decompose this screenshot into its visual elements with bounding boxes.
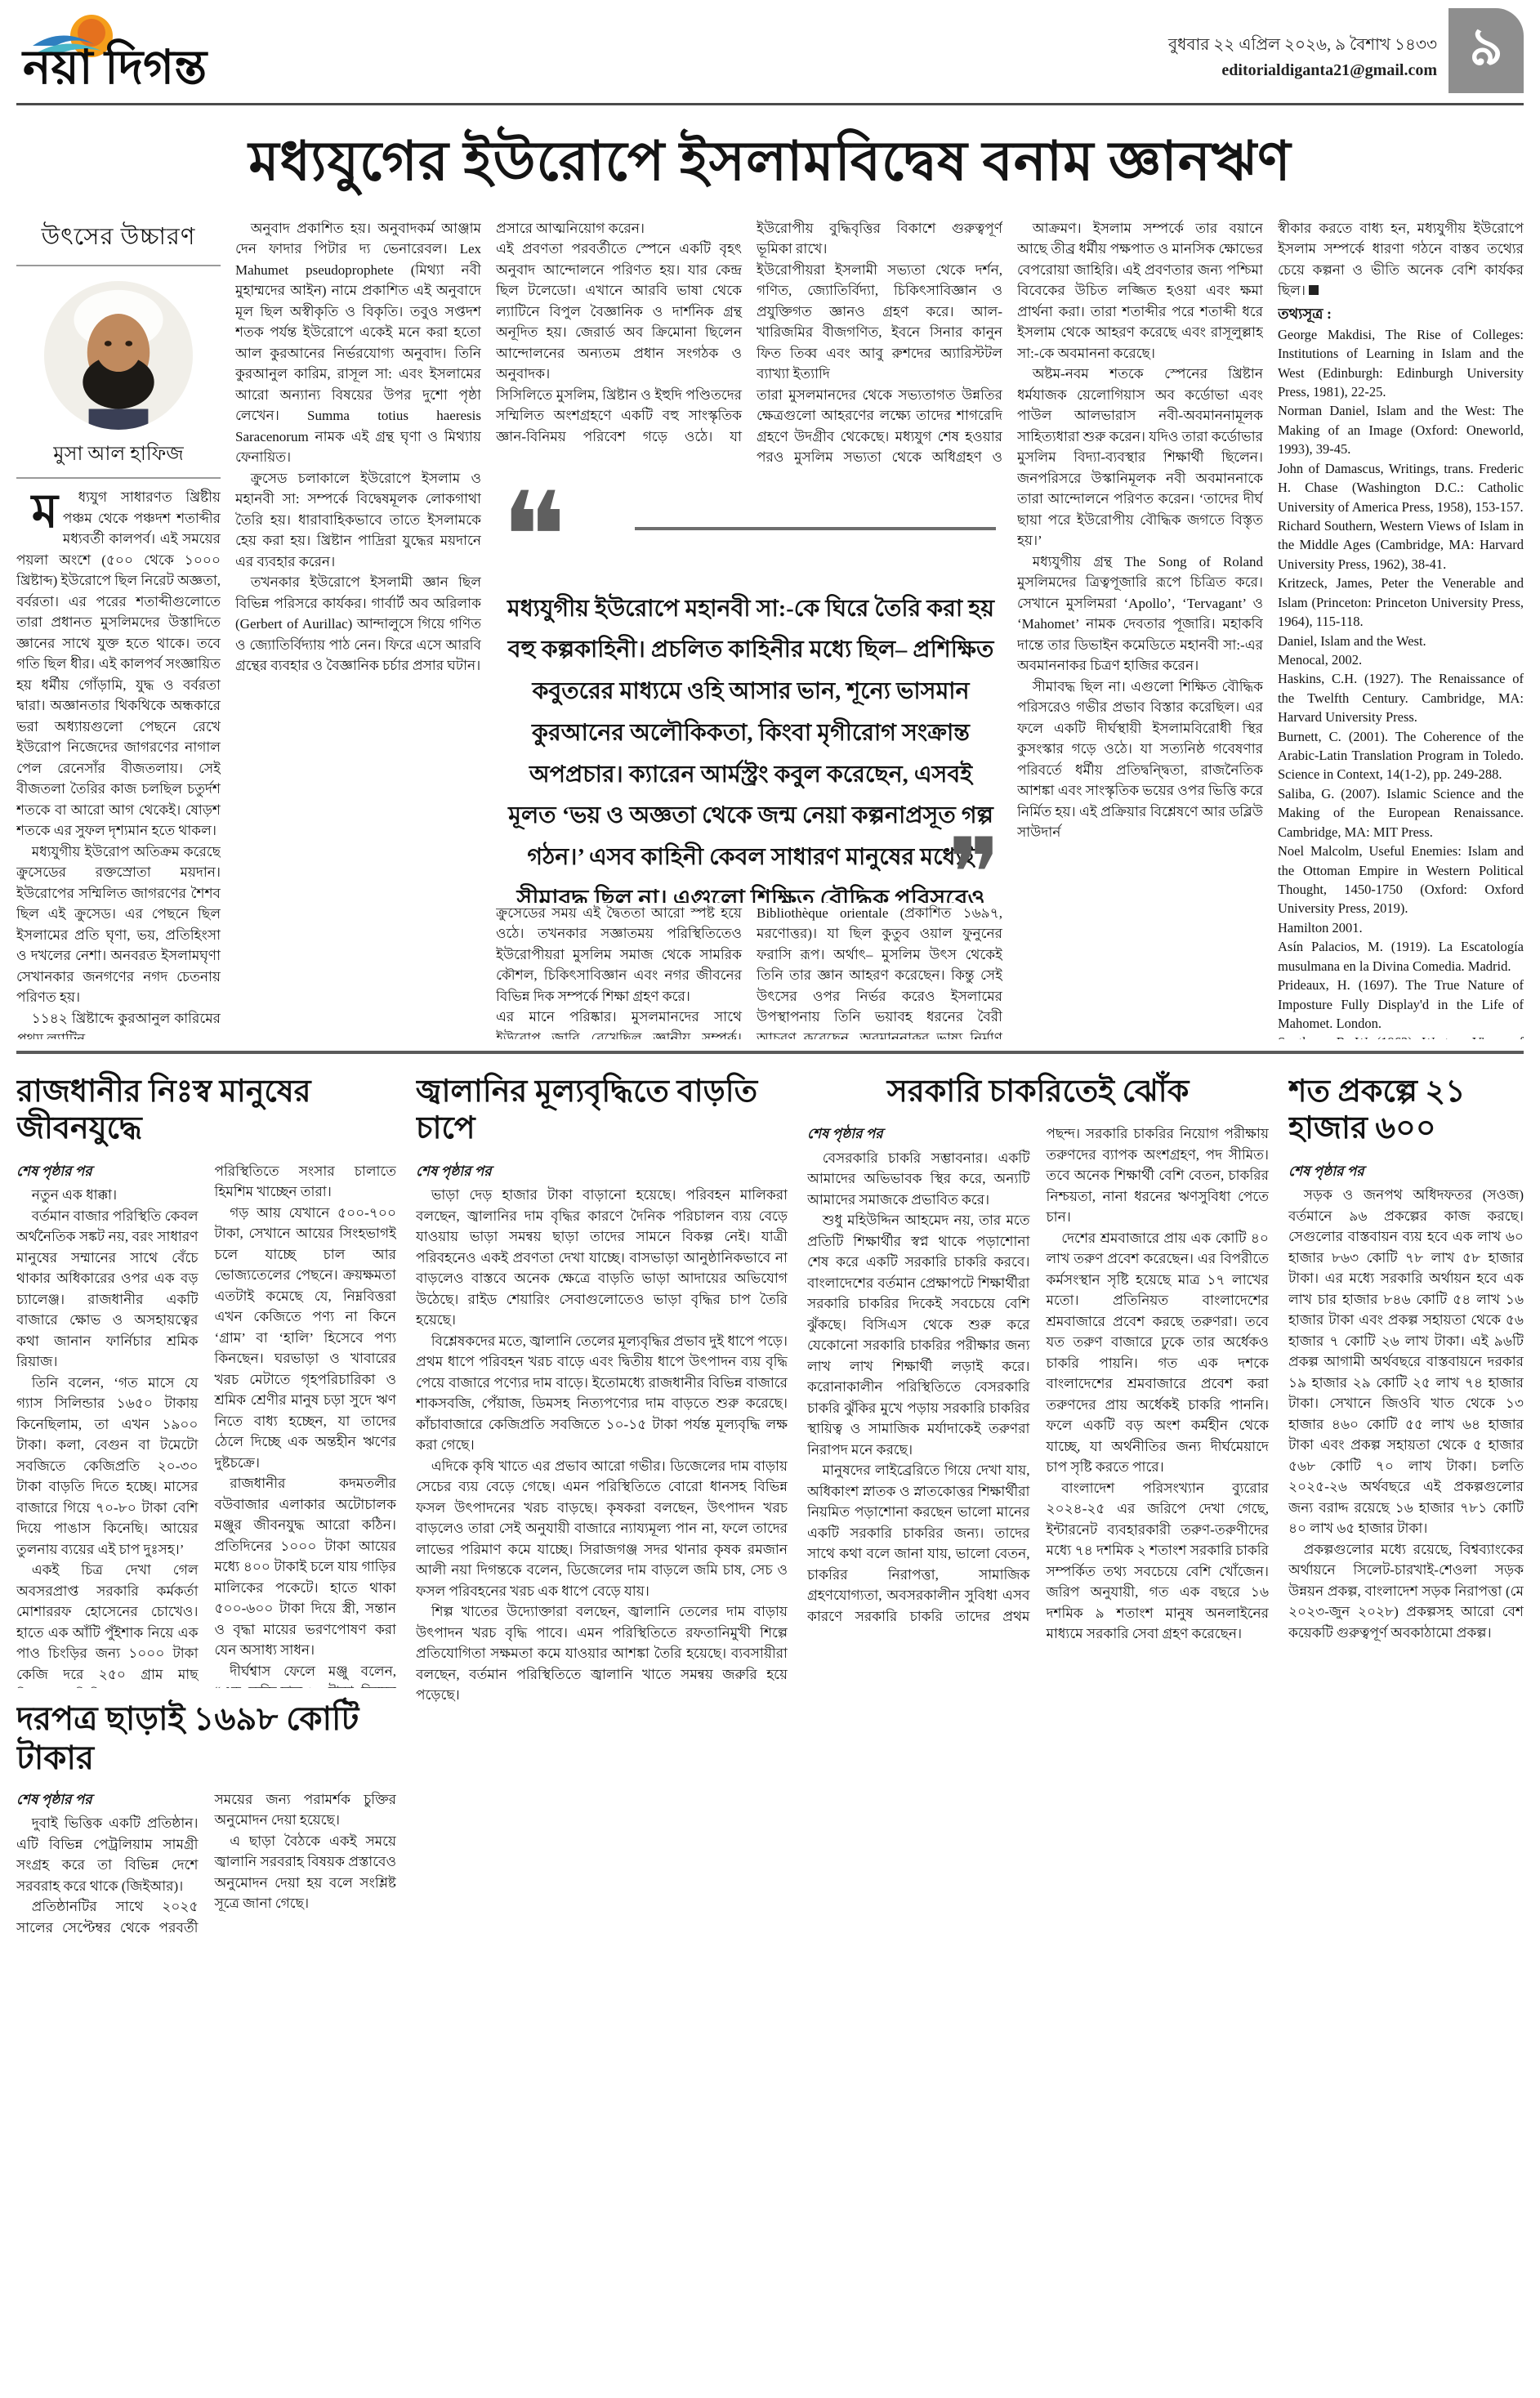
open-quote-icon: ❝: [501, 488, 567, 599]
main-headline: মধ্যযুগের ইউরোপে ইসলামবিদ্বেষ বনাম জ্ঞান…: [16, 114, 1524, 218]
continued-from-tag: শেষ পৃষ্ঠার পর: [1288, 1161, 1524, 1186]
reference-item: Richard Southern, Western Views of Islam…: [1278, 516, 1524, 574]
body-paragraph: মধ্যযুগ সাধারণত খ্রিষ্টীয় পঞ্চম থেকে পঞ…: [16, 487, 221, 842]
author-portrait-graphic: [44, 281, 193, 430]
main-col-2: অনুবাদ প্রকাশিত হয়। অনুবাদকর্ম আঞ্জাম দ…: [235, 218, 481, 1039]
date-line: বুধবার ২২ এপ্রিল ২০২৬, ৯ বৈশাখ ১৪৩৩: [1168, 33, 1437, 58]
masthead-right: বুধবার ২২ এপ্রিল ২০২৬, ৯ বৈশাখ ১৪৩৩ edit…: [1168, 8, 1437, 83]
body-paragraph: Bibliothèque orientale (প্রকাশিত ১৬৯৭, ম…: [757, 903, 1002, 1039]
reference-item: Daniel, Islam and the West.: [1278, 632, 1524, 650]
reference-item: Burnett, C. (2001). The Coherence of the…: [1278, 727, 1524, 784]
body-paragraph: দেশের শ্রমবাজারে প্রায় এক কোটি ৪০ লাখ ত…: [1047, 1228, 1270, 1478]
mid-top-text: প্রসারে আত্মনিয়োগ করেন।এই প্রবণতা পরবর্…: [496, 218, 1002, 488]
body-paragraph: মধ্যযুগীয় গ্রন্থ The Song of Roland মুস…: [1017, 551, 1263, 677]
body-paragraph: শিল্প খাতের উদ্যোক্তারা বলছেন, জ্বালানি …: [416, 1601, 788, 1706]
article-b-headline: জ্বালানির মূল্যবৃদ্ধিতে বাড়তি চাপে: [416, 1067, 788, 1161]
main-col-1: উৎসের উচ্চারণ মুসা আল হাফিজ: [16, 218, 221, 1039]
body-paragraph: বর্তমান বাজার পরিস্থিতি কেবল অর্থনৈতিক স…: [16, 1206, 199, 1373]
body-paragraph: এদিকে কৃষি খাতে এর প্রভাব আরো গভীর। ডিজে…: [416, 1456, 788, 1602]
article-a-body: শেষ পৃষ্ঠার পর নতুন এক ধাক্কা।বর্তমান বা…: [16, 1161, 396, 1688]
main-article: উৎসের উচ্চারণ মুসা আল হাফিজ: [16, 218, 1524, 1039]
body-paragraph: বেসরকারি চাকরি সম্ভাবনার। একটি আমাদের অভ…: [807, 1148, 1030, 1211]
article-city-struggle: রাজধানীর নিঃস্ব মানুষের জীবনযুদ্ধে শেষ প…: [16, 1067, 396, 2350]
body-paragraph: দীর্ঘশ্বাস ফেলে মঞ্জু বলেন, “এক কেজি চাল…: [215, 1661, 397, 1688]
author-photo: [44, 281, 193, 430]
continued-from-tag: শেষ পৃষ্ঠার পর: [807, 1123, 1030, 1148]
continued-from-tag: শেষ পৃষ্ঠার পর: [16, 1789, 199, 1814]
article-b-body: শেষ পৃষ্ঠার পর ভাড়া দেড় হাজার টাকা বাড…: [416, 1161, 788, 1706]
body-paragraph: বিশ্লেষকদের মতে, জ্বালানি তেলের মূল্যবৃদ…: [416, 1331, 788, 1456]
main-col-5: আক্রমণ। ইসলাম সম্পর্কে তার বয়ানে আছে তী…: [1017, 218, 1263, 1039]
logo-artwork: নয়া দিগন্ত: [16, 8, 286, 98]
reference-item: Noel Malcolm, Useful Enemies: Islam and …: [1278, 842, 1524, 918]
continued-from-tag: শেষ পৃষ্ঠার পর: [416, 1161, 788, 1186]
reference-item: Saliba, G. (2007). Islamic Science and t…: [1278, 784, 1524, 842]
mid-bottom-text: ক্রুসেডের সময় এই দ্বৈততা আরো স্পষ্ট হয়…: [496, 903, 1002, 1039]
body-paragraph: একই চিত্র দেখা গেল অবসরপ্রাপ্ত সরকারি কর…: [16, 1560, 199, 1687]
reference-item: Asín Palacios, M. (1919). La Escatología…: [1278, 937, 1524, 976]
reference-item: Hamilton 2001.: [1278, 918, 1524, 937]
continued-from-tag: শেষ পৃষ্ঠার পর: [16, 1161, 199, 1186]
body-paragraph: প্রকল্পগুলোর মধ্যে রয়েছে, বিশ্বব্যাংকের…: [1288, 1539, 1524, 1644]
references-label: তথ্যসূত্র :: [1278, 301, 1524, 325]
body-paragraph: ক্রুসেডের সময় এই দ্বৈততা আরো স্পষ্ট হয়…: [496, 903, 742, 1007]
body-paragraph: প্রসারে আত্মনিয়োগ করেন।: [496, 218, 742, 239]
body-paragraph: তখনকার ইউরোপে ইসলামী জ্ঞান ছিল বিভিন্ন প…: [235, 572, 481, 677]
reference-item: Prideaux, H. (1697). The True Nature of …: [1278, 976, 1524, 1033]
reference-item: Menocal, 2002.: [1278, 650, 1524, 669]
article-a-headline: রাজধানীর নিঃস্ব মানুষের জীবনযুদ্ধে: [16, 1067, 396, 1161]
reference-item: Norman Daniel, Islam and the West: The M…: [1278, 401, 1524, 458]
body-paragraph: এ ছাড়া বৈঠকে একই সময়ে জ্বালানি সরবরাহ …: [215, 1831, 397, 1914]
article-a2-headline: দরপত্র ছাড়াই ১৬৯৮ কোটি টাকার: [16, 1696, 396, 1789]
pull-quote-text: মধ্যযুগীয় ইউরোপে মহানবী সা:-কে ঘিরে তৈর…: [504, 589, 998, 903]
newspaper-page: নয়া দিগন্ত বুধবার ২২ এপ্রিল ২০২৬, ৯ বৈশ…: [0, 0, 1540, 2350]
end-mark: [1309, 285, 1319, 295]
body-paragraph: সীমাবদ্ধ ছিল না। এগুলো শিক্ষিত বৌদ্ধিক প…: [1017, 677, 1263, 843]
masthead-rule: [16, 103, 1524, 105]
page-number: ৯: [1469, 7, 1503, 95]
divider: [16, 265, 221, 266]
logo-text: নয়া দিগন্ত: [21, 38, 208, 94]
body-paragraph: ভাড়া দেড় হাজার টাকা বাড়ানো হয়েছে। পর…: [416, 1185, 788, 1331]
article-d-body: শেষ পৃষ্ঠার পর সড়ক ও জনপথ অধিদফতর (সওজ)…: [1288, 1161, 1524, 1644]
article-tender-block: দরপত্র ছাড়াই ১৬৯৮ কোটি টাকার শেষ পৃষ্ঠা…: [16, 1688, 396, 2350]
article-city-struggle-block: রাজধানীর নিঃস্ব মানুষের জীবনযুদ্ধে শেষ প…: [16, 1067, 396, 1688]
bottom-articles: রাজধানীর নিঃস্ব মানুষের জীবনযুদ্ধে শেষ প…: [16, 1067, 1524, 2350]
article-c-paras: বেসরকারি চাকরি সম্ভাবনার। একটি আমাদের অভ…: [807, 1123, 1269, 1645]
article-c-body: শেষ পৃষ্ঠার পর বেসরকারি চাকরি সম্ভাবনার।…: [807, 1123, 1269, 1645]
quote-rule: [635, 527, 996, 530]
divider: [16, 477, 221, 479]
reference-item: George Makdisi, The Rise of Colleges: In…: [1278, 325, 1524, 402]
lead-text: মধ্যযুগ সাধারণত খ্রিষ্টীয় পঞ্চম থেকে পঞ…: [16, 487, 221, 1039]
body-paragraph: রাজধানীর কদমতলীর বউবাজার এলাকার অটোচালক …: [215, 1473, 397, 1661]
body-paragraph: ক্রুসেড চলাকালে ইউরোপে ইসলাম ও মহানবী সা…: [235, 468, 481, 573]
body-paragraph: অষ্টম-নবম শতকে স্পেনের খ্রিষ্টান ধর্মযাজ…: [1017, 364, 1263, 551]
naya-diganta-logo: নয়া দিগন্ত: [16, 8, 286, 98]
body-paragraph: এই প্রবণতা পরবর্তীতে স্পেনে একটি বৃহৎ অন…: [496, 239, 742, 385]
body-paragraph: আক্রমণ। ইসলাম সম্পর্কে তার বয়ানে আছে তী…: [1017, 218, 1263, 364]
masthead: নয়া দিগন্ত বুধবার ২২ এপ্রিল ২০২৬, ৯ বৈশ…: [16, 8, 1524, 100]
article-projects: শত প্রকল্পে ২১ হাজার ৬০০ শেষ পৃষ্ঠার পর …: [1288, 1067, 1524, 2350]
article-d-paras: সড়ক ও জনপথ অধিদফতর (সওজ) বর্তমানে ৯৬ প্…: [1288, 1185, 1524, 1643]
article-c-headline: সরকারি চাকরিতেই ঝোঁক: [807, 1067, 1269, 1124]
author-name: মুসা আল হাফিজ: [16, 435, 221, 476]
reference-item: John of Damascus, Writings, trans. Frede…: [1278, 459, 1524, 516]
body-paragraph: শুধু মহিউদ্দিন আহমেদ নয়, তার মতে প্রতিট…: [807, 1210, 1030, 1460]
body-paragraph: মধ্যযুগীয় ইউরোপ অতিক্রম করেছে ক্রুসেডের…: [16, 842, 221, 1008]
closing-paragraph: স্বীকার করতে বাধ্য হন, মধ্যযুগীয় ইউরোপে…: [1278, 218, 1524, 301]
body-paragraph: বাংলাদেশ পরিসংখ্যান ব্যুরোর ২০২৪-২৫ এর জ…: [1047, 1478, 1270, 1645]
main-col-6: স্বীকার করতে বাধ্য হন, মধ্যযুগীয় ইউরোপে…: [1278, 218, 1524, 1039]
editorial-email: editorialdiganta21@gmail.com: [1168, 58, 1437, 83]
reference-item: Kritzeck, James, Peter the Venerable and…: [1278, 574, 1524, 631]
references-list: George Makdisi, The Rise of Colleges: In…: [1278, 325, 1524, 1039]
body-paragraph: অনুবাদ প্রকাশিত হয়। অনুবাদকর্ম আঞ্জাম দ…: [235, 218, 481, 468]
body-paragraph: দুবাই ভিত্তিক একটি প্রতিষ্ঠান। এটি বিভিন…: [16, 1813, 199, 1896]
section-label: উৎসের উচ্চারণ: [16, 218, 221, 264]
article-govt-jobs: সরকারি চাকরিতেই ঝোঁক শেষ পৃষ্ঠার পর বেসর…: [807, 1067, 1269, 2350]
main-col-3-4: প্রসারে আত্মনিয়োগ করেন।এই প্রবণতা পরবর্…: [496, 218, 1002, 1039]
body-paragraph: নতুন এক ধাক্কা।: [16, 1185, 199, 1206]
body-paragraph: গড় আয় যেখানে ৫০০-৭০০ টাকা, সেখানে আয়ে…: [215, 1203, 397, 1474]
page-number-box: ৯: [1448, 8, 1524, 93]
body-paragraph: ১১৪২ খ্রিষ্টাব্দে কুরআনুল কারিমের প্রথম …: [16, 1008, 221, 1039]
section-divider: [16, 1051, 1524, 1054]
article-b-paras: ভাড়া দেড় হাজার টাকা বাড়ানো হয়েছে। পর…: [416, 1185, 788, 1706]
reference-item: Southern, R. W. (1962). Western Views of…: [1278, 1033, 1524, 1038]
body-paragraph: সড়ক ও জনপথ অধিদফতর (সওজ) বর্তমানে ৯৬ প্…: [1288, 1185, 1524, 1539]
close-quote-icon: ❞: [948, 826, 1001, 903]
body-paragraph: ইউরোপীয়রা ইসলামী সভ্যতা থেকে দর্শন, গণি…: [757, 260, 1002, 385]
article-fuel-price: জ্বালানির মূল্যবৃদ্ধিতে বাড়তি চাপে শেষ …: [416, 1067, 788, 2350]
article-d-headline: শত প্রকল্পে ২১ হাজার ৬০০: [1288, 1067, 1524, 1161]
body-paragraph: এর মানে পরিষ্কার। মুসলমানদের সাথে ইউরোপ …: [496, 1007, 742, 1039]
reference-item: Haskins, C.H. (1927). The Renaissance of…: [1278, 669, 1524, 726]
body-paragraph: তিনি বলেন, ‘গত মাসে যে গ্যাস সিলিন্ডার ১…: [16, 1373, 199, 1561]
article-a2-body: শেষ পৃষ্ঠার পর দুবাই ভিত্তিক একটি প্রতিষ…: [16, 1789, 396, 1939]
pull-quote: ❝ মধ্যযুগীয় ইউরোপে মহানবী সা:-কে ঘিরে ত…: [496, 488, 1002, 903]
article-a-part1: নতুন এক ধাক্কা।বর্তমান বাজার পরিস্থিতি ক…: [16, 1185, 199, 1687]
